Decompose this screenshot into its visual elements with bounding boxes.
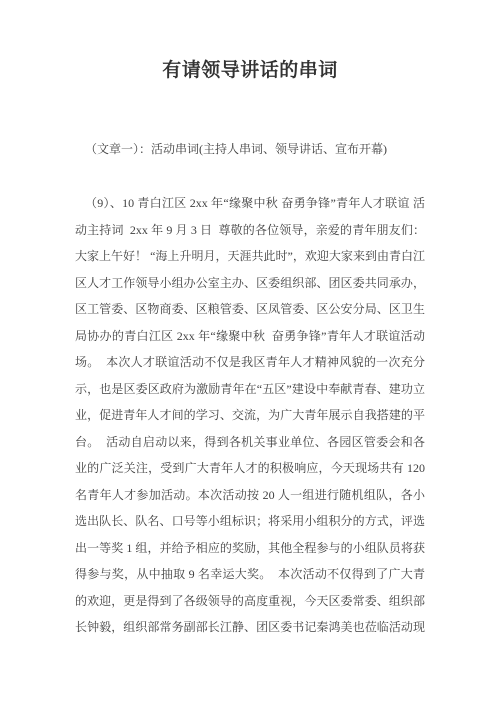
text-line: 出一等奖 1 组，并给予相应的奖励，其他全程参与的小组队员将获 (75, 535, 425, 562)
text-line: 选出队长、队名、口号等小组标识；将采用小组积分的方式，评选 (75, 508, 425, 535)
text-line: 名青年人才参加活动。本次活动按 20 人一组进行随机组队，各小组 (75, 482, 425, 509)
text-line: 长钟毅，组织部常务副部长江静、团区委书记秦鸿美也莅临活动现 (75, 614, 425, 641)
text-line: （9）、10 青白江区 2xx 年“缘聚中秋 奋勇争锋”青年人才联谊 活 (75, 190, 425, 217)
text-line: 台。 活动自启动以来，得到各机关事业单位、各园区管委会和各企 (75, 429, 425, 456)
text-line: 示，也是区委区政府为激励青年在“五区”建设中奉献青春、建功立 (75, 376, 425, 403)
document-title: 有请领导讲话的串词 (0, 59, 500, 83)
text-line: 得参与奖，从中抽取 9 名幸运大奖。 本次活动不仅得到了广大青年 (75, 561, 425, 588)
intro-line: （文章一）：活动串词(主持人串词、领导讲话、宣布开幕) (75, 136, 425, 163)
text-line: 业，促进青年人才间的学习、交流，为广大青年展示自我搭建的平 (75, 402, 425, 429)
text-line: 区工管委、区物商委、区粮管委、区凤管委、区公安分局、区卫生 (75, 296, 425, 323)
document-page: 有请领导讲话的串词 （文章一）：活动串词(主持人串词、领导讲话、宣布开幕) （9… (0, 0, 500, 708)
text-line: 动主持词 2xx 年 9 月 3 日 尊敬的各位领导，亲爱的青年朋友们： (75, 217, 425, 244)
text-line: 场。 本次人才联谊活动不仅是我区青年人才精神风貌的一次充分展 (75, 349, 425, 376)
text-line: 业的广泛关注，受到广大青年人才的积极响应，今天现场共有 120 (75, 455, 425, 482)
text-line: 的欢迎，更是得到了各级领导的高度重视，今天区委常委、组织部 (75, 588, 425, 615)
text-line: 大家上午好！ “海上升明月，天涯共此时”，欢迎大家来到由青白江 (75, 243, 425, 270)
text-line: 局协办的青白江区 2xx 年“缘聚中秋 奋勇争锋”青年人才联谊活动现 (75, 323, 425, 350)
body-paragraph: （9）、10 青白江区 2xx 年“缘聚中秋 奋勇争锋”青年人才联谊 活动主持词… (75, 190, 425, 641)
text-line: 区人才工作领导小组办公室主办、区委组织部、团区委共同承办， (75, 270, 425, 297)
